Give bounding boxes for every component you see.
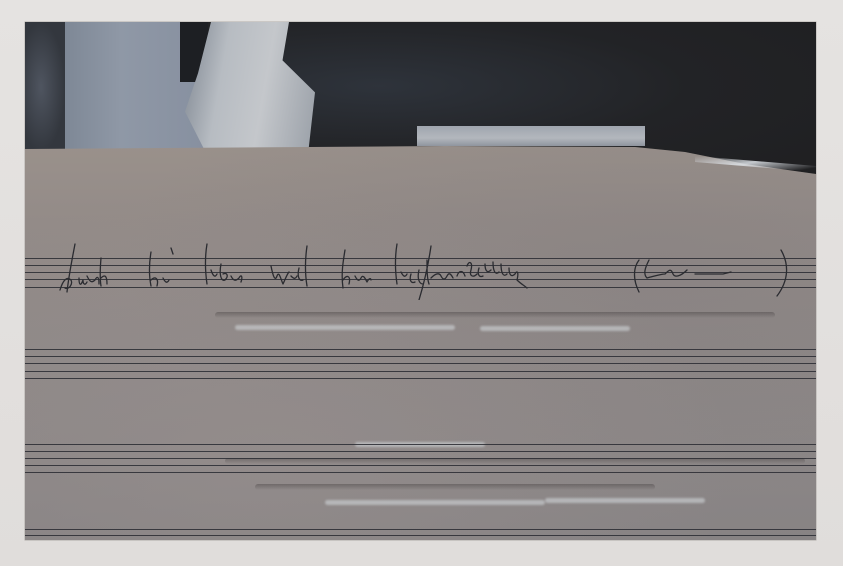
wrinkle <box>255 484 655 490</box>
staff-line <box>25 363 816 364</box>
staff-line <box>25 529 816 530</box>
photo-mount: durch die liebe wird das licht unsterbli… <box>0 0 843 566</box>
wall-dark-left <box>25 22 65 152</box>
staff-line <box>25 378 816 379</box>
staff-line <box>25 472 816 473</box>
wrinkle-highlight <box>480 326 630 331</box>
wrinkle <box>215 312 775 318</box>
wrinkle-highlight <box>545 498 705 503</box>
staff-line <box>25 451 816 452</box>
staff-line <box>25 356 816 357</box>
handwritten-text: durch die liebe wird das licht unsterbli… <box>55 240 795 300</box>
manuscript-sheet <box>25 142 816 540</box>
staff-line <box>25 458 816 459</box>
staff-line <box>25 444 816 445</box>
wall-ledge <box>417 126 645 146</box>
wrinkle-highlight <box>325 500 545 505</box>
photograph: durch die liebe wird das licht unsterbli… <box>25 22 816 540</box>
staff-line <box>25 349 816 350</box>
staff-line <box>25 371 816 372</box>
staff-line <box>25 535 816 536</box>
wrinkle-highlight <box>235 325 455 330</box>
staff-line <box>25 465 816 466</box>
